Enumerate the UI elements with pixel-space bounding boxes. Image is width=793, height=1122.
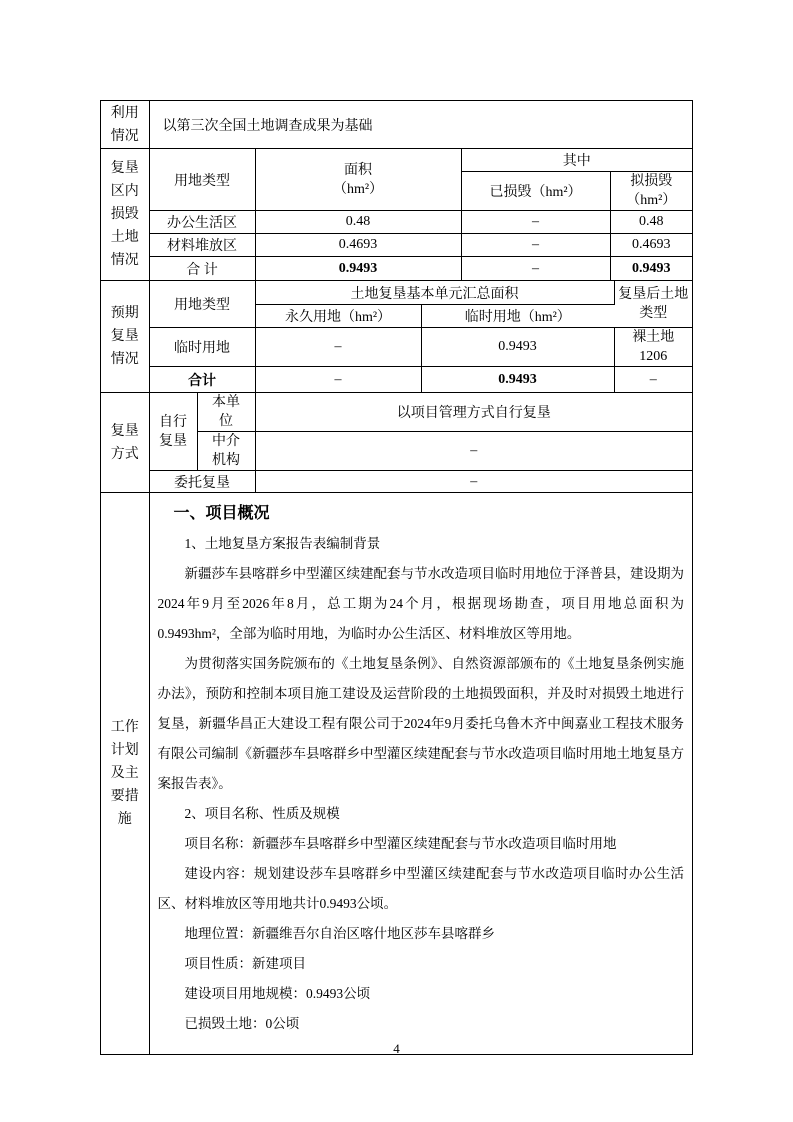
total-label-cell: 合计 <box>149 367 255 393</box>
permanent-header: 永久用地（hm²） <box>255 305 421 328</box>
table-row: 材料堆放区 0.4693 – 0.4693 <box>101 234 692 257</box>
paragraph: 地理位置：新疆维吾尔自治区喀什地区莎车县喀群乡 <box>158 919 685 949</box>
work-plan-section: 工作 计划 及主 要措 施 一、项目概况 1、土地复垦方案报告表编制背景 新疆莎… <box>101 493 692 1054</box>
usage-label: 利用 情况 <box>101 101 149 149</box>
page-number: 4 <box>0 1041 793 1057</box>
damaged-header: 已损毁（hm²） <box>461 172 610 211</box>
temporary-cell: 0.9493 <box>421 328 614 367</box>
table-row: 临时用地 – 0.9493 裸土地 1206 <box>101 328 692 367</box>
paragraph: 项目性质：新建项目 <box>158 949 685 979</box>
land-type-cell: 办公生活区 <box>149 211 255 234</box>
self-reclaim-label: 自行 复垦 <box>149 393 197 471</box>
damaged-land-label: 复垦 区内 损毁 土地 情况 <box>101 149 149 281</box>
entrust-label: 委托复垦 <box>149 471 255 493</box>
paragraph: 建设项目用地规模：0.9493公顷 <box>158 979 685 1009</box>
paragraph: 建设内容：规划建设莎车县喀群乡中型灌区续建配套与节水改造项目临时办公生活区、材料… <box>158 859 685 919</box>
land-type-header: 用地类型 <box>149 281 255 328</box>
agency-value: – <box>255 432 692 471</box>
project-overview-text: 一、项目概况 1、土地复垦方案报告表编制背景 新疆莎车县喀群乡中型灌区续建配套与… <box>150 493 693 1054</box>
paragraph: 项目名称：新疆莎车县喀群乡中型灌区续建配套与节水改造项目临时用地 <box>158 829 685 859</box>
work-plan-label: 工作 计划 及主 要措 施 <box>101 493 149 1054</box>
among-header: 其中 <box>461 149 692 172</box>
damaged-cell: – <box>461 211 610 234</box>
table-row: 办公生活区 0.48 – 0.48 <box>101 211 692 234</box>
to-damage-cell: 0.4693 <box>610 234 692 257</box>
total-after-cell: – <box>614 367 692 393</box>
damaged-land-section: 复垦 区内 损毁 土地 情况 用地类型 面积 （hm²） 其中 已损毁（hm²）… <box>101 149 692 281</box>
section-heading: 一、项目概况 <box>158 498 685 529</box>
expected-reclamation-section: 预期 复垦 情况 用地类型 土地复垦基本单元汇总面积 复垦后土地 类型 永久用地… <box>101 281 692 393</box>
total-permanent-cell: – <box>255 367 421 393</box>
land-type-cell: 材料堆放区 <box>149 234 255 257</box>
permanent-cell: – <box>255 328 421 367</box>
total-to-damage-cell: 0.9493 <box>610 257 692 281</box>
total-area-cell: 0.9493 <box>255 257 461 281</box>
reclamation-form-table: 利用 情况 以第三次全国土地调查成果为基础 复垦 区内 损毁 土地 情况 用地类… <box>100 100 693 1055</box>
own-unit-label: 本单 位 <box>197 393 255 432</box>
paragraph: 2、项目名称、性质及规模 <box>158 799 685 829</box>
to-damage-header: 拟损毁 （hm²） <box>610 172 692 211</box>
total-row: 合 计 0.9493 – 0.9493 <box>101 257 692 281</box>
paragraph: 新疆莎车县喀群乡中型灌区续建配套与节水改造项目临时用地位于泽普县，建设期为202… <box>158 559 685 649</box>
total-damaged-cell: – <box>461 257 610 281</box>
agency-label: 中介 机构 <box>197 432 255 471</box>
damaged-cell: – <box>461 234 610 257</box>
expected-label: 预期 复垦 情况 <box>101 281 149 393</box>
paragraph: 为贯彻落实国务院颁布的《土地复垦条例》、自然资源部颁布的《土地复垦条例实施办法》… <box>158 649 685 799</box>
after-type-header: 复垦后土地 类型 <box>614 281 692 328</box>
land-type-header: 用地类型 <box>149 149 255 211</box>
total-temporary-cell: 0.9493 <box>421 367 614 393</box>
land-type-cell: 临时用地 <box>149 328 255 367</box>
paragraph: 已损毁土地：0公顷 <box>158 1009 685 1039</box>
temporary-header: 临时用地（hm²） <box>421 305 614 328</box>
own-unit-value: 以项目管理方式自行复垦 <box>255 393 692 432</box>
total-label-cell: 合 计 <box>149 257 255 281</box>
paragraph: 1、土地复垦方案报告表编制背景 <box>158 529 685 559</box>
method-label: 复垦 方式 <box>101 393 149 493</box>
area-cell: 0.4693 <box>255 234 461 257</box>
usage-section: 利用 情况 以第三次全国土地调查成果为基础 <box>101 101 692 149</box>
reclamation-method-section: 复垦 方式 自行 复垦 本单 位 以项目管理方式自行复垦 中介 机构 – 委托复… <box>101 393 692 493</box>
after-type-cell: 裸土地 1206 <box>614 328 692 367</box>
to-damage-cell: 0.48 <box>610 211 692 234</box>
unit-area-header: 土地复垦基本单元汇总面积 <box>255 281 614 305</box>
area-cell: 0.48 <box>255 211 461 234</box>
usage-value: 以第三次全国土地调查成果为基础 <box>149 101 692 149</box>
work-plan-content: 一、项目概况 1、土地复垦方案报告表编制背景 新疆莎车县喀群乡中型灌区续建配套与… <box>149 493 692 1054</box>
area-header: 面积 （hm²） <box>255 149 461 211</box>
entrust-value: – <box>255 471 692 493</box>
total-row: 合计 – 0.9493 – <box>101 367 692 393</box>
